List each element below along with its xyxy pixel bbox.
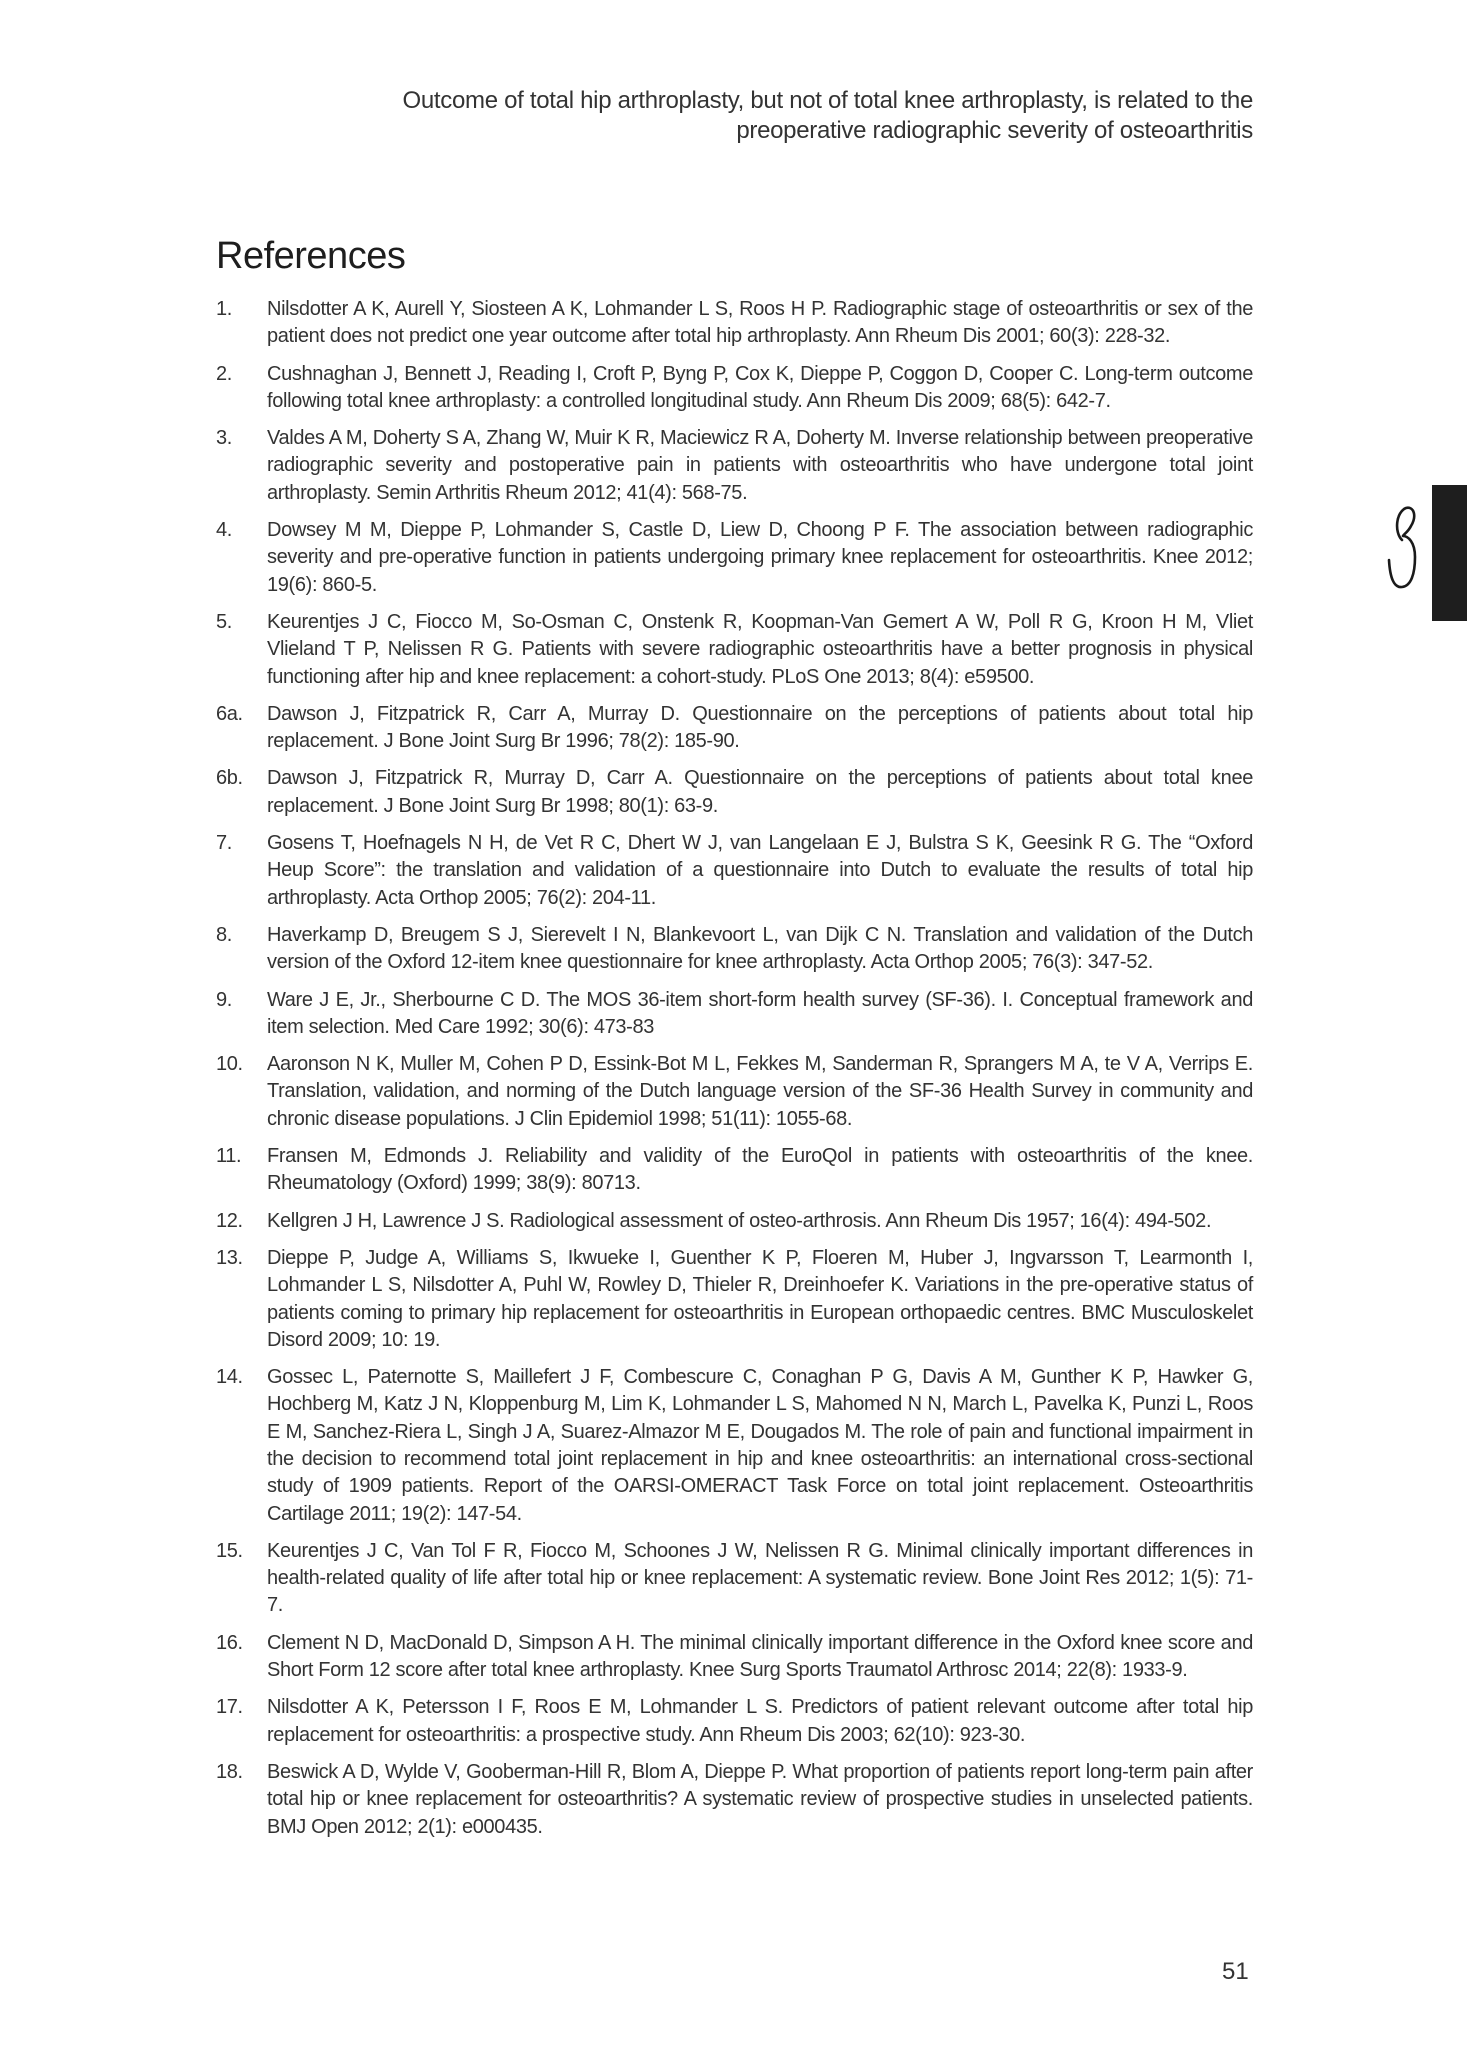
reference-item: 6b.Dawson J, Fitzpatrick R, Murray D, Ca… xyxy=(216,765,1253,820)
reference-number: 11. xyxy=(216,1143,267,1198)
reference-number: 1. xyxy=(216,296,267,351)
reference-number: 12. xyxy=(216,1208,267,1235)
reference-number: 8. xyxy=(216,922,267,977)
reference-number: 6a. xyxy=(216,701,267,756)
reference-item: 1.Nilsdotter A K, Aurell Y, Siosteen A K… xyxy=(216,296,1253,351)
reference-item: 11.Fransen M, Edmonds J. Reliability and… xyxy=(216,1143,1253,1198)
reference-number: 10. xyxy=(216,1051,267,1133)
reference-item: 13.Dieppe P, Judge A, Williams S, Ikwuek… xyxy=(216,1245,1253,1354)
reference-text: Dawson J, Fitzpatrick R, Carr A, Murray … xyxy=(267,701,1253,756)
reference-text: Dawson J, Fitzpatrick R, Murray D, Carr … xyxy=(267,765,1253,820)
reference-number: 16. xyxy=(216,1630,267,1685)
reference-text: Gossec L, Paternotte S, Maillefert J F, … xyxy=(267,1364,1253,1528)
reference-number: 14. xyxy=(216,1364,267,1528)
running-header: Outcome of total hip arthroplasty, but n… xyxy=(300,86,1253,146)
reference-number: 3. xyxy=(216,425,267,507)
reference-number: 5. xyxy=(216,609,267,691)
reference-item: 2.Cushnaghan J, Bennett J, Reading I, Cr… xyxy=(216,361,1253,416)
running-header-line-1: Outcome of total hip arthroplasty, but n… xyxy=(300,86,1253,116)
reference-item: 7.Gosens T, Hoefnagels N H, de Vet R C, … xyxy=(216,830,1253,912)
reference-item: 12.Kellgren J H, Lawrence J S. Radiologi… xyxy=(216,1208,1253,1235)
reference-item: 4.Dowsey M M, Dieppe P, Lohmander S, Cas… xyxy=(216,517,1253,599)
reference-item: 9.Ware J E, Jr., Sherbourne C D. The MOS… xyxy=(216,987,1253,1042)
reference-text: Nilsdotter A K, Petersson I F, Roos E M,… xyxy=(267,1694,1253,1749)
reference-item: 10.Aaronson N K, Muller M, Cohen P D, Es… xyxy=(216,1051,1253,1133)
reference-text: Nilsdotter A K, Aurell Y, Siosteen A K, … xyxy=(267,296,1253,351)
reference-text: Haverkamp D, Breugem S J, Sierevelt I N,… xyxy=(267,922,1253,977)
reference-text: Gosens T, Hoefnagels N H, de Vet R C, Dh… xyxy=(267,830,1253,912)
reference-number: 7. xyxy=(216,830,267,912)
reference-number: 13. xyxy=(216,1245,267,1354)
reference-number: 15. xyxy=(216,1538,267,1620)
reference-item: 6a.Dawson J, Fitzpatrick R, Carr A, Murr… xyxy=(216,701,1253,756)
reference-text: Clement N D, MacDonald D, Simpson A H. T… xyxy=(267,1630,1253,1685)
reference-text: Valdes A M, Doherty S A, Zhang W, Muir K… xyxy=(267,425,1253,507)
reference-text: Keurentjes J C, Van Tol F R, Fiocco M, S… xyxy=(267,1538,1253,1620)
reference-item: 16.Clement N D, MacDonald D, Simpson A H… xyxy=(216,1630,1253,1685)
reference-item: 14.Gossec L, Paternotte S, Maillefert J … xyxy=(216,1364,1253,1528)
reference-text: Fransen M, Edmonds J. Reliability and va… xyxy=(267,1143,1253,1198)
reference-text: Aaronson N K, Muller M, Cohen P D, Essin… xyxy=(267,1051,1253,1133)
chapter-number-3-icon xyxy=(1384,502,1424,602)
reference-text: Keurentjes J C, Fiocco M, So-Osman C, On… xyxy=(267,609,1253,691)
reference-item: 15.Keurentjes J C, Van Tol F R, Fiocco M… xyxy=(216,1538,1253,1620)
reference-number: 6b. xyxy=(216,765,267,820)
reference-item: 3.Valdes A M, Doherty S A, Zhang W, Muir… xyxy=(216,425,1253,507)
reference-list: 1.Nilsdotter A K, Aurell Y, Siosteen A K… xyxy=(216,296,1253,1851)
reference-text: Beswick A D, Wylde V, Gooberman-Hill R, … xyxy=(267,1759,1253,1841)
reference-item: 17.Nilsdotter A K, Petersson I F, Roos E… xyxy=(216,1694,1253,1749)
reference-text: Kellgren J H, Lawrence J S. Radiological… xyxy=(267,1208,1253,1235)
reference-number: 4. xyxy=(216,517,267,599)
reference-text: Ware J E, Jr., Sherbourne C D. The MOS 3… xyxy=(267,987,1253,1042)
section-title: References xyxy=(216,233,405,279)
reference-text: Dowsey M M, Dieppe P, Lohmander S, Castl… xyxy=(267,517,1253,599)
reference-number: 9. xyxy=(216,987,267,1042)
page-number: 51 xyxy=(1222,1957,1249,1987)
reference-item: 8.Haverkamp D, Breugem S J, Sierevelt I … xyxy=(216,922,1253,977)
reference-text: Cushnaghan J, Bennett J, Reading I, Crof… xyxy=(267,361,1253,416)
reference-text: Dieppe P, Judge A, Williams S, Ikwueke I… xyxy=(267,1245,1253,1354)
reference-number: 2. xyxy=(216,361,267,416)
reference-item: 18.Beswick A D, Wylde V, Gooberman-Hill … xyxy=(216,1759,1253,1841)
reference-item: 5.Keurentjes J C, Fiocco M, So-Osman C, … xyxy=(216,609,1253,691)
reference-number: 17. xyxy=(216,1694,267,1749)
reference-number: 18. xyxy=(216,1759,267,1841)
running-header-line-2: preoperative radiographic severity of os… xyxy=(300,116,1253,146)
chapter-thumb-tab xyxy=(1432,485,1467,621)
